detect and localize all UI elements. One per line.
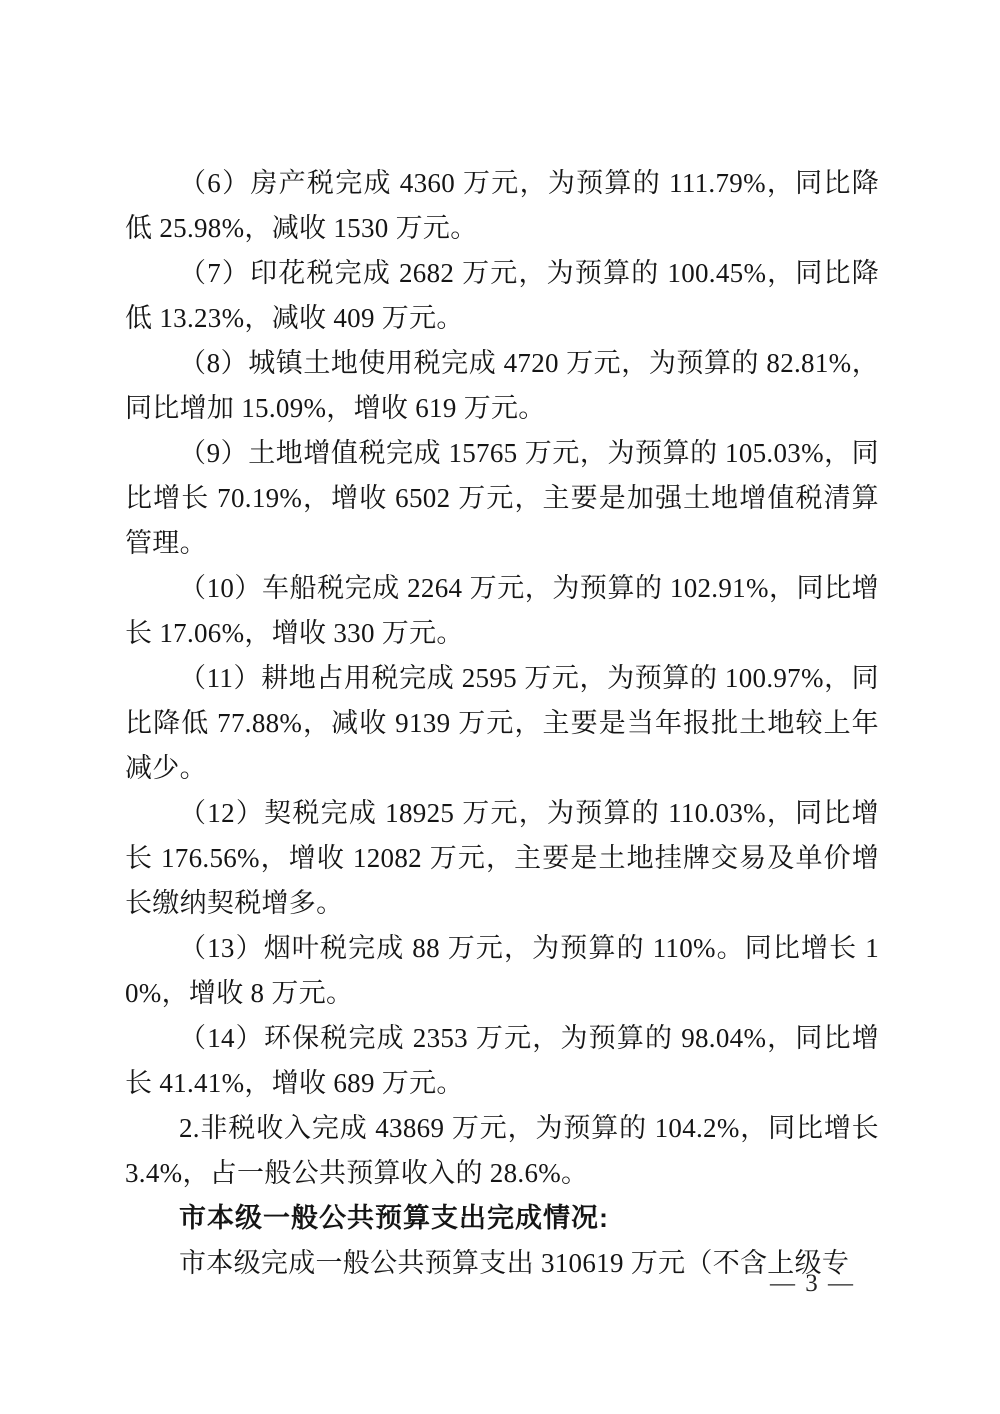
paragraph-tax-10: （10）车船税完成 2264 万元，为预算的 102.91%，同比增长 17.0…	[125, 566, 879, 656]
document-page: （6）房产税完成 4360 万元，为预算的 111.79%，同比降低 25.98…	[0, 0, 1000, 1414]
paragraph-tax-11: （11）耕地占用税完成 2595 万元，为预算的 100.97%，同比降低 77…	[125, 656, 879, 791]
paragraph-tax-13: （13）烟叶税完成 88 万元，为预算的 110%。同比增长 10%，增收 8 …	[125, 926, 879, 1016]
paragraph-nontax-revenue: 2.非税收入完成 43869 万元，为预算的 104.2%，同比增长 3.4%，…	[125, 1106, 879, 1196]
document-body: （6）房产税完成 4360 万元，为预算的 111.79%，同比降低 25.98…	[125, 161, 879, 1286]
page-number: — 3 —	[770, 1270, 855, 1298]
page-number-text: — 3 —	[770, 1270, 855, 1297]
paragraph-tax-12: （12）契税完成 18925 万元，为预算的 110.03%，同比增长 176.…	[125, 791, 879, 926]
paragraph-tax-6: （6）房产税完成 4360 万元，为预算的 111.79%，同比降低 25.98…	[125, 161, 879, 251]
paragraph-expenditure-intro: 市本级完成一般公共预算支出 310619 万元（不含上级专	[125, 1241, 879, 1286]
paragraph-tax-8: （8）城镇土地使用税完成 4720 万元，为预算的 82.81%，同比增加 15…	[125, 341, 879, 431]
paragraph-tax-9: （9）土地增值税完成 15765 万元，为预算的 105.03%，同比增长 70…	[125, 431, 879, 566]
section-heading-expenditure: 市本级一般公共预算支出完成情况:	[125, 1196, 879, 1241]
paragraph-tax-14: （14）环保税完成 2353 万元，为预算的 98.04%，同比增长 41.41…	[125, 1016, 879, 1106]
paragraph-tax-7: （7）印花税完成 2682 万元，为预算的 100.45%，同比降低 13.23…	[125, 251, 879, 341]
